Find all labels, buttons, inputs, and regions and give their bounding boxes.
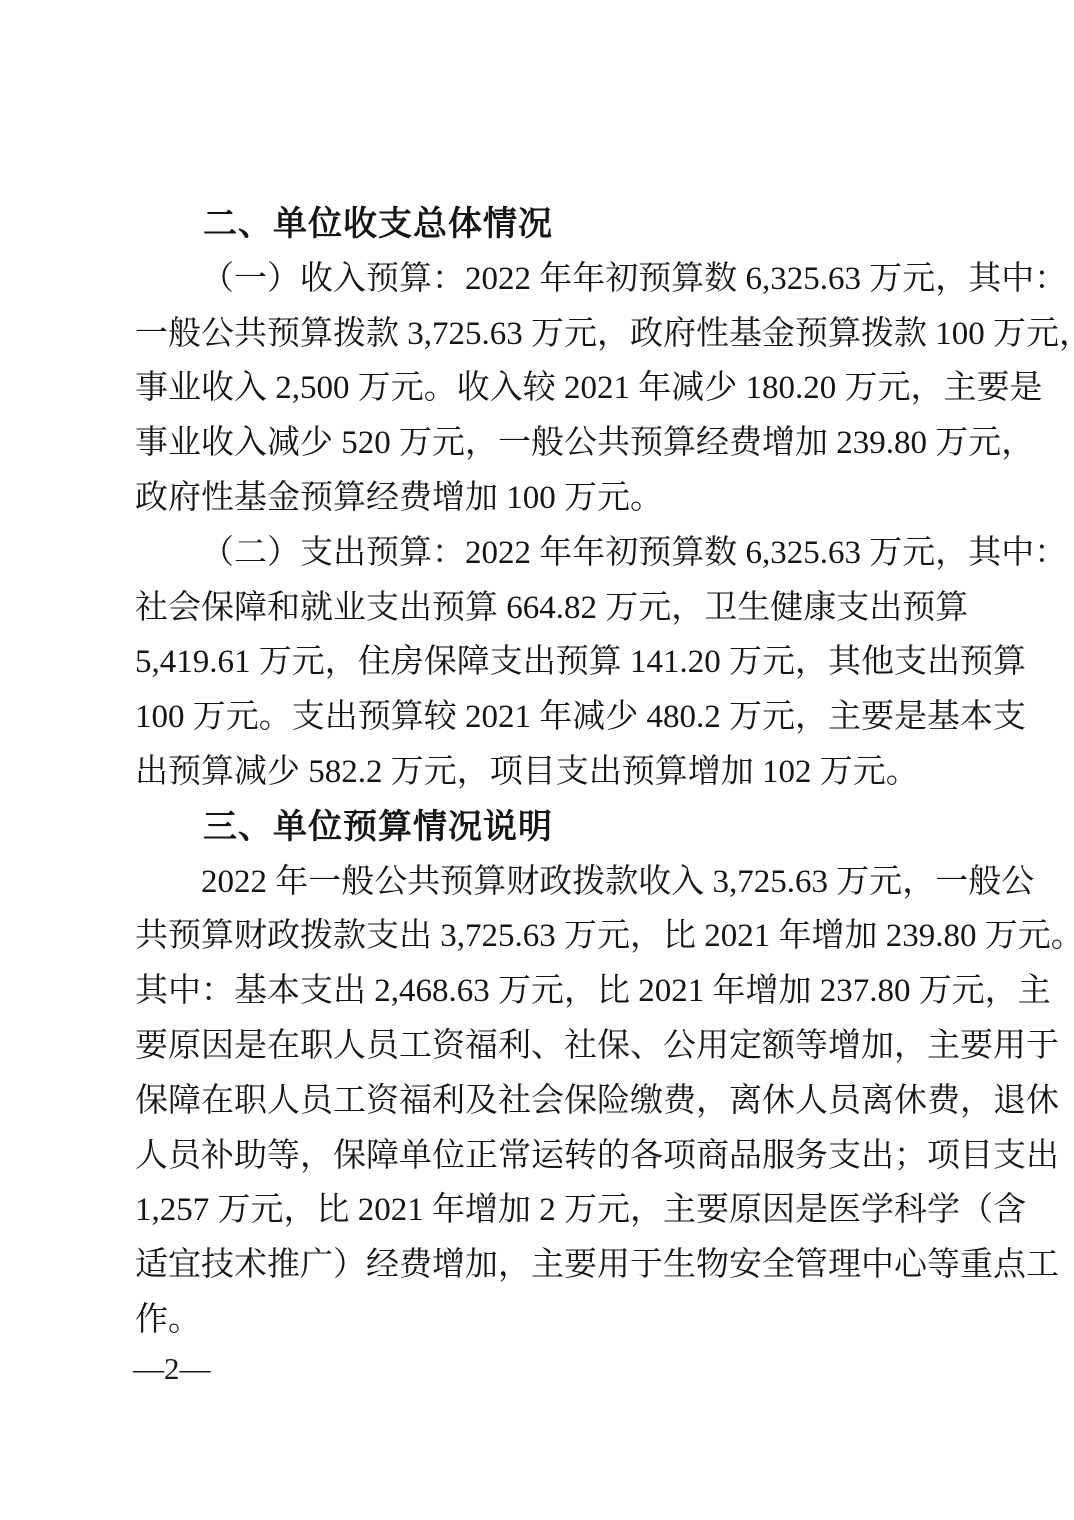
page-number: —2—	[133, 1349, 211, 1389]
paragraph-line: 出预算减少 582.2 万元，项目支出预算增加 102 万元。	[135, 745, 941, 800]
section-heading-3: 三、单位预算情况说明	[135, 800, 941, 855]
paragraph-line: 2022 年一般公共预算财政拨款收入 3,725.63 万元，一般公	[135, 855, 941, 910]
paragraph-line: （二）支出预算：2022 年年初预算数 6,325.63 万元，其中：	[135, 526, 941, 581]
paragraph-line: 保障在职人员工资福利及社会保险缴费，离休人员离休费，退休	[135, 1074, 941, 1129]
paragraph-line: 事业收入 2,500 万元。收入较 2021 年减少 180.20 万元，主要是	[135, 361, 941, 416]
paragraph-line: 一般公共预算拨款 3,725.63 万元，政府性基金预算拨款 100 万元，	[135, 307, 941, 362]
document-content: 二、单位收支总体情况 （一）收入预算：2022 年年初预算数 6,325.63 …	[135, 197, 941, 1348]
paragraph-line: 共预算财政拨款支出 3,725.63 万元，比 2021 年增加 239.80 …	[135, 909, 941, 964]
document-page: 二、单位收支总体情况 （一）收入预算：2022 年年初预算数 6,325.63 …	[0, 0, 1074, 1520]
paragraph-line: 1,257 万元，比 2021 年增加 2 万元，主要原因是医学科学（含	[135, 1183, 941, 1238]
paragraph-line: （一）收入预算：2022 年年初预算数 6,325.63 万元，其中：	[135, 252, 941, 307]
paragraph-line: 政府性基金预算经费增加 100 万元。	[135, 471, 941, 526]
paragraph-line: 要原因是在职人员工资福利、社保、公用定额等增加，主要用于	[135, 1019, 941, 1074]
paragraph-line: 适宜技术推广）经费增加，主要用于生物安全管理中心等重点工	[135, 1238, 941, 1293]
paragraph-line: 社会保障和就业支出预算 664.82 万元，卫生健康支出预算	[135, 581, 941, 636]
paragraph-line: 100 万元。支出预算较 2021 年减少 480.2 万元，主要是基本支	[135, 690, 941, 745]
section-heading-2: 二、单位收支总体情况	[135, 197, 941, 252]
paragraph-line: 人员补助等，保障单位正常运转的各项商品服务支出；项目支出	[135, 1129, 941, 1184]
paragraph-line: 其中：基本支出 2,468.63 万元，比 2021 年增加 237.80 万元…	[135, 964, 941, 1019]
paragraph-line: 事业收入减少 520 万元，一般公共预算经费增加 239.80 万元，	[135, 416, 941, 471]
paragraph-line: 5,419.61 万元，住房保障支出预算 141.20 万元，其他支出预算	[135, 635, 941, 690]
paragraph-line: 作。	[135, 1293, 941, 1348]
